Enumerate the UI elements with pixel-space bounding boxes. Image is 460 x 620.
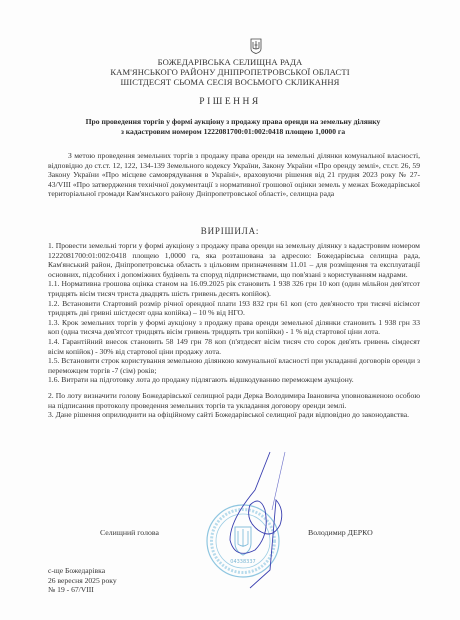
signatory-name: Володимир ДЕРКО bbox=[308, 528, 373, 537]
subject-line-2: з кадастровим номером 1222081700:01:002:… bbox=[48, 127, 418, 137]
item-1-4: 1.4. Гарантійний внесок становить 58 149… bbox=[48, 337, 420, 356]
footer-number: № 19 - 67/VIII bbox=[48, 585, 117, 595]
council-name: БОЖЕДАРІВСЬКА СЕЛИЩНА РАДА bbox=[0, 57, 460, 67]
signatory-position: Селищний голова bbox=[100, 528, 159, 537]
document-title: РІШЕННЯ bbox=[0, 97, 460, 107]
district-name: КАМ'ЯНСЬКОГО РАЙОНУ ДНІПРОПЕТРОВСЬКОЇ ОБ… bbox=[0, 67, 460, 77]
resolution-items: 1. Провести земельні торги у формі аукці… bbox=[48, 241, 420, 420]
resolved-heading: ВИРІШИЛА: bbox=[0, 226, 460, 236]
item-1: 1. Провести земельні торги у формі аукці… bbox=[48, 241, 420, 279]
handwritten-signature bbox=[210, 450, 300, 590]
preamble: З метою проведення земельних торгів з пр… bbox=[48, 151, 420, 199]
item-1-5: 1.5. Встановити строк користування земел… bbox=[48, 356, 420, 375]
item-3: 3. Дане рішення оприлюднити на офіційном… bbox=[48, 410, 420, 420]
document-footer: с-ще Божедарівка 26 вересня 2025 року № … bbox=[48, 566, 117, 595]
document-subject: Про проведення торгів у формі аукціону з… bbox=[48, 117, 418, 137]
footer-date: 26 вересня 2025 року bbox=[48, 576, 117, 586]
item-1-1: 1.1. Нормативна грошова оцінка станом на… bbox=[48, 279, 420, 298]
subject-line-1: Про проведення торгів у формі аукціону з… bbox=[48, 117, 418, 127]
document-page: БОЖЕДАРІВСЬКА СЕЛИЩНА РАДА КАМ'ЯНСЬКОГО … bbox=[0, 0, 460, 620]
item-1-3: 1.3. Крок земельних торгів у формі аукці… bbox=[48, 318, 420, 337]
trident-coat-of-arms-icon bbox=[250, 38, 262, 54]
item-1-6: 1.6. Витрати на підготовку лота до прода… bbox=[48, 375, 420, 385]
item-1-2: 1.2. Встановити Стартовий розмір річної … bbox=[48, 299, 420, 318]
session-name: ШІСТДЕСЯТ СЬОМА СЕСІЯ ВОСЬМОГО СКЛИКАННЯ bbox=[0, 77, 460, 87]
item-2: 2. По лоту визначити голову Божедарівськ… bbox=[48, 391, 420, 410]
footer-place: с-ще Божедарівка bbox=[48, 566, 117, 576]
